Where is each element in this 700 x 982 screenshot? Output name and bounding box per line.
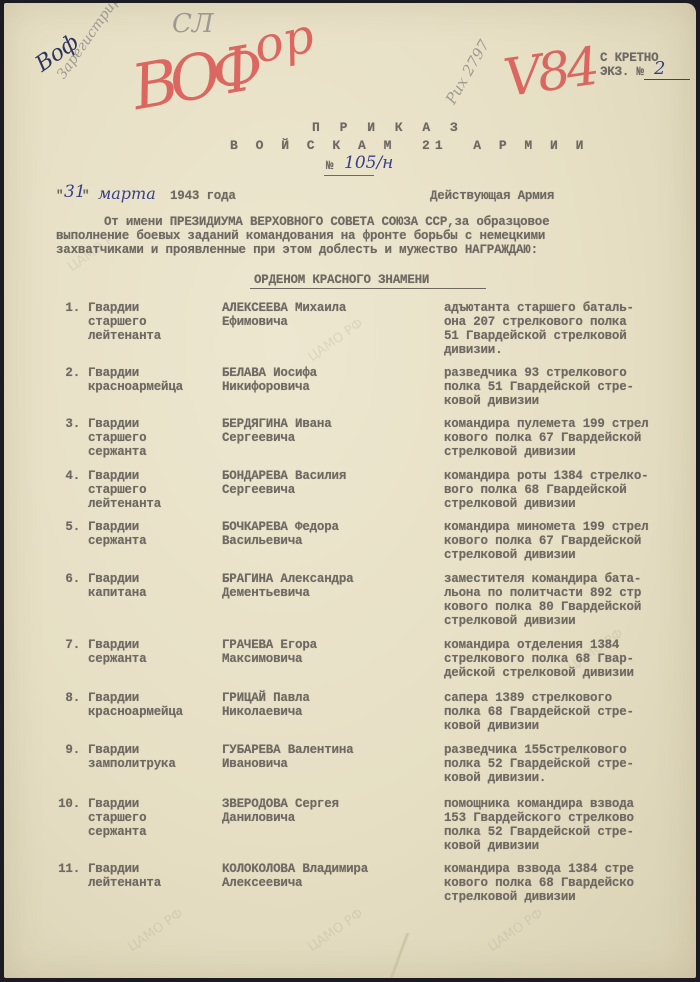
entry-post: адъютанта старшего баталь- она 207 стрел… (444, 301, 634, 357)
entry-post: помощника командира взвода 153 Гвардейск… (444, 797, 634, 853)
page-subtitle: В О Й С К А М 21 А Р М И И (230, 139, 588, 153)
entry-name: БРАГИНА Александра Дементьевича (222, 572, 353, 600)
watermark: ЦАМО РФ (485, 906, 546, 955)
entry-post: командира роты 1384 стрелко- вого полка … (444, 469, 648, 511)
entry-post: командира пулемета 199 стрел кового полк… (444, 417, 648, 459)
page-title: П Р И К А З (312, 121, 464, 135)
entry-number: 3. (52, 417, 80, 431)
entry-number: 6. (52, 572, 80, 586)
entry-number: 10. (52, 797, 80, 811)
secrecy-stamp: С КРЕТНО (600, 51, 658, 65)
entry-number: 8. (52, 691, 80, 705)
entry-number: 11. (52, 862, 80, 876)
entry-rank: Гвардии красноармейца (88, 366, 183, 394)
date-quote-open: " (56, 189, 63, 203)
entry-name: ЗВЕРОДОВА Сергея Даниловича (222, 797, 339, 825)
watermark: ЦАМО РФ (125, 906, 186, 955)
preamble-line: захватчиками и проявленные при этом добл… (56, 243, 538, 257)
order-number: 105/н (344, 153, 393, 173)
entry-rank: Гвардии лейтенанта (88, 862, 161, 890)
date-quote-close: " (82, 189, 89, 203)
entry-rank: Гвардии старшего сержанта (88, 417, 146, 459)
entry-post: разведчика 93 стрелкового полка 51 Гвард… (444, 366, 634, 408)
entry-rank: Гвардии красноармейца (88, 691, 183, 719)
entry-name: КОЛОКОЛОВА Владимира Алексеевича (222, 862, 368, 890)
date-month: марта (98, 184, 156, 203)
award-heading-underline (250, 288, 486, 289)
entry-rank: Гвардии сержанта (88, 638, 146, 666)
order-number-underline (324, 175, 374, 176)
entry-number: 5. (52, 520, 80, 534)
watermark: ЦАМО РФ (305, 906, 366, 955)
entry-name: ГРИЦАЙ Павла Николаевича (222, 691, 310, 719)
entry-post: командира отделения 1384 стрелкового пол… (444, 638, 634, 680)
entry-rank: Гвардии сержанта (88, 520, 146, 548)
annotation-pencil-center: СЛ (172, 9, 214, 39)
preamble-line: выполнение боевых заданий командования н… (56, 229, 545, 243)
entry-rank: Гвардии старшего лейтенанта (88, 469, 161, 511)
entry-rank: Гвардии капитана (88, 572, 146, 600)
entry-name: БОЧКАРЕВА Федора Васильевича (222, 520, 339, 548)
entry-number: 4. (52, 469, 80, 483)
entry-name: ГУБАРЕВА Валентина Ивановича (222, 743, 353, 771)
entry-post: сапера 1389 стрелкового полка 68 Гвардей… (444, 691, 634, 733)
date-year: 1943 года (170, 189, 236, 203)
annotation-red-vof: ВОФ (127, 31, 262, 124)
entry-number: 9. (52, 743, 80, 757)
entry-rank: Гвардии старшего сержанта (88, 797, 146, 839)
copy-number-underline (644, 79, 690, 80)
copy-label: ЭКЗ. № (600, 65, 644, 79)
entry-post: командира взвода 1384 стре кового полка … (444, 862, 634, 904)
copy-number: 2 (654, 58, 665, 79)
entry-number: 2. (52, 366, 80, 380)
entry-post: командира миномета 199 стрел кового полк… (444, 520, 648, 562)
location: Действующая Армия (430, 189, 554, 203)
paper-tear (384, 933, 414, 978)
annotation-pencil-number: Рих 2797 (442, 37, 493, 108)
entry-post: заместителя командира бата- льона по пол… (444, 572, 641, 628)
annotation-red-or: ор (249, 7, 319, 74)
entry-name: ГРАЧЕВА Егора Максимовича (222, 638, 317, 666)
entry-number: 1. (52, 301, 80, 315)
entry-rank: Гвардии замполитрука (88, 743, 176, 771)
entry-post: разведчика 155стрелкового полка 52 Гвард… (444, 743, 634, 785)
scanned-document-page: ЦАМО РФ ЦАМО РФ ЦАМО РФ ЦАМО РФ ЦАМО РФ … (4, 3, 696, 978)
entry-name: БОНДАРЕВА Василия Сергеевича (222, 469, 346, 497)
award-heading: ОРДЕНОМ КРАСНОГО ЗНАМЕНИ (254, 273, 429, 287)
entry-number: 7. (52, 638, 80, 652)
annotation-red-right: V84 (500, 37, 599, 109)
entry-name: БЕЛАВА Иосифа Никифоровича (222, 366, 317, 394)
entry-rank: Гвардии старшего лейтенанта (88, 301, 161, 343)
preamble-line: От имени ПРЕЗИДИУМА ВЕРХОВНОГО СОВЕТА СО… (104, 215, 549, 229)
entry-name: АЛЕКСЕЕВА Михаила Ефимовича (222, 301, 346, 329)
order-number-prefix: № (326, 159, 333, 173)
entry-name: БЕРДЯГИНА Ивана Сергеевича (222, 417, 332, 445)
